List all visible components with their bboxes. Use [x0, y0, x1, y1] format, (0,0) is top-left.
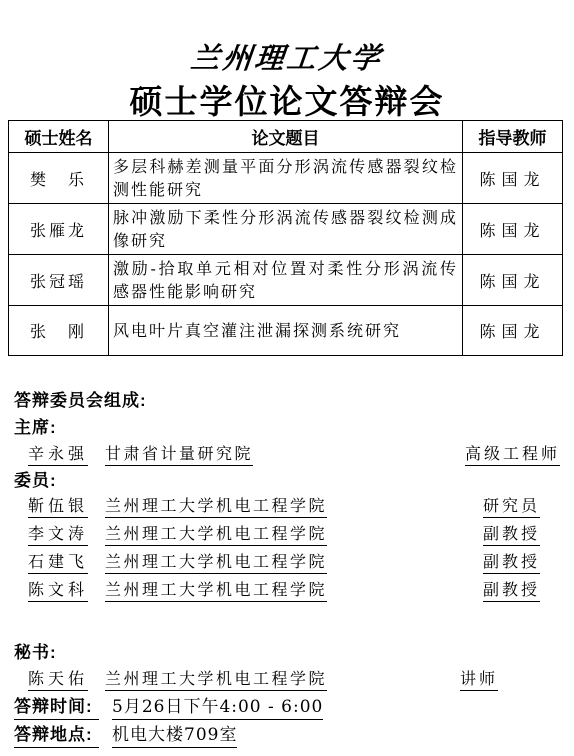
member-name: 石建飞: [28, 549, 88, 574]
chair-affiliation: 甘肃省计量研究院: [105, 441, 253, 466]
member-affiliation: 兰州理工大学机电工程学院: [105, 577, 327, 602]
member-row: 李文涛 兰州理工大学机电工程学院 副教授: [0, 521, 574, 543]
member-row: 石建飞 兰州理工大学机电工程学院 副教授: [0, 549, 574, 571]
chair-title: 高级工程师: [465, 441, 560, 466]
student-name: 张冠瑶: [9, 255, 109, 306]
table-header-row: 硕士姓名 论文题目 指导教师: [9, 121, 563, 153]
member-title: 副教授: [483, 521, 540, 546]
chair-row: 辛永强 甘肃省计量研究院 高级工程师: [0, 441, 574, 463]
table-row: 张冠瑶 激励-拾取单元相对位置对柔性分形涡流传感器性能影响研究 陈国龙: [9, 255, 563, 306]
advisor-name: 陈国龙: [463, 255, 563, 306]
advisor-name: 陈国龙: [463, 306, 563, 356]
member-title: 副教授: [483, 577, 540, 602]
thesis-title: 激励-拾取单元相对位置对柔性分形涡流传感器性能影响研究: [109, 255, 463, 306]
secretary-title: 讲师: [460, 666, 498, 691]
member-row: 靳伍银 兰州理工大学机电工程学院 研究员: [0, 493, 574, 515]
secretary-row: 陈天佑 兰州理工大学机电工程学院 讲师: [0, 666, 574, 688]
student-name: 张雁龙: [9, 204, 109, 255]
thesis-title: 多层科赫差测量平面分形涡流传感器裂纹检测性能研究: [109, 153, 463, 204]
university-logo: 兰州理工大学: [0, 36, 574, 77]
member-title: 副教授: [483, 549, 540, 574]
header-advisor: 指导教师: [463, 121, 563, 153]
table-row: 张 刚 风电叶片真空灌注泄漏探测系统研究 陈国龙: [9, 306, 563, 356]
defense-venue-value: 机电大楼709室: [112, 720, 237, 748]
chair-label: 主席:: [14, 413, 57, 438]
table-row: 樊 乐 多层科赫差测量平面分形涡流传感器裂纹检测性能研究 陈国龙: [9, 153, 563, 204]
defense-venue-row: 答辩地点: 机电大楼709室: [0, 720, 574, 744]
student-name: 樊 乐: [9, 153, 109, 204]
header-master-name: 硕士姓名: [9, 121, 109, 153]
member-affiliation: 兰州理工大学机电工程学院: [105, 493, 327, 518]
committee-heading: 答辩委员会组成:: [14, 386, 147, 411]
chair-name: 辛永强: [28, 441, 88, 466]
members-label: 委员:: [14, 466, 57, 491]
header-thesis-title: 论文题目: [109, 121, 463, 153]
member-affiliation: 兰州理工大学机电工程学院: [105, 549, 327, 574]
defense-time-label: 答辩时间:: [14, 692, 99, 720]
member-name: 陈文科: [28, 577, 88, 602]
secretary-label: 秘书:: [14, 638, 57, 663]
defense-table: 硕士姓名 论文题目 指导教师 樊 乐 多层科赫差测量平面分形涡流传感器裂纹检测性…: [8, 120, 563, 356]
document-page: 兰州理工大学 硕士学位论文答辩会 硕士姓名 论文题目 指导教师 樊 乐 多层科赫…: [0, 0, 574, 756]
member-affiliation: 兰州理工大学机电工程学院: [105, 521, 327, 546]
defense-venue-label: 答辩地点:: [14, 720, 99, 748]
advisor-name: 陈国龙: [463, 153, 563, 204]
defense-time-row: 答辩时间: 5月26日下午4:00 - 6:00: [0, 692, 574, 716]
member-title: 研究员: [483, 493, 540, 518]
member-row: 陈文科 兰州理工大学机电工程学院 副教授: [0, 577, 574, 599]
advisor-name: 陈国龙: [463, 204, 563, 255]
thesis-title: 风电叶片真空灌注泄漏探测系统研究: [109, 306, 463, 356]
member-name: 靳伍银: [28, 493, 88, 518]
table-row: 张雁龙 脉冲激励下柔性分形涡流传感器裂纹检测成像研究 陈国龙: [9, 204, 563, 255]
secretary-affiliation: 兰州理工大学机电工程学院: [105, 666, 327, 691]
student-name: 张 刚: [9, 306, 109, 356]
page-title: 硕士学位论文答辩会: [0, 76, 574, 123]
defense-time-value: 5月26日下午4:00 - 6:00: [112, 692, 323, 720]
secretary-name: 陈天佑: [28, 666, 88, 691]
member-name: 李文涛: [28, 521, 88, 546]
thesis-title: 脉冲激励下柔性分形涡流传感器裂纹检测成像研究: [109, 204, 463, 255]
